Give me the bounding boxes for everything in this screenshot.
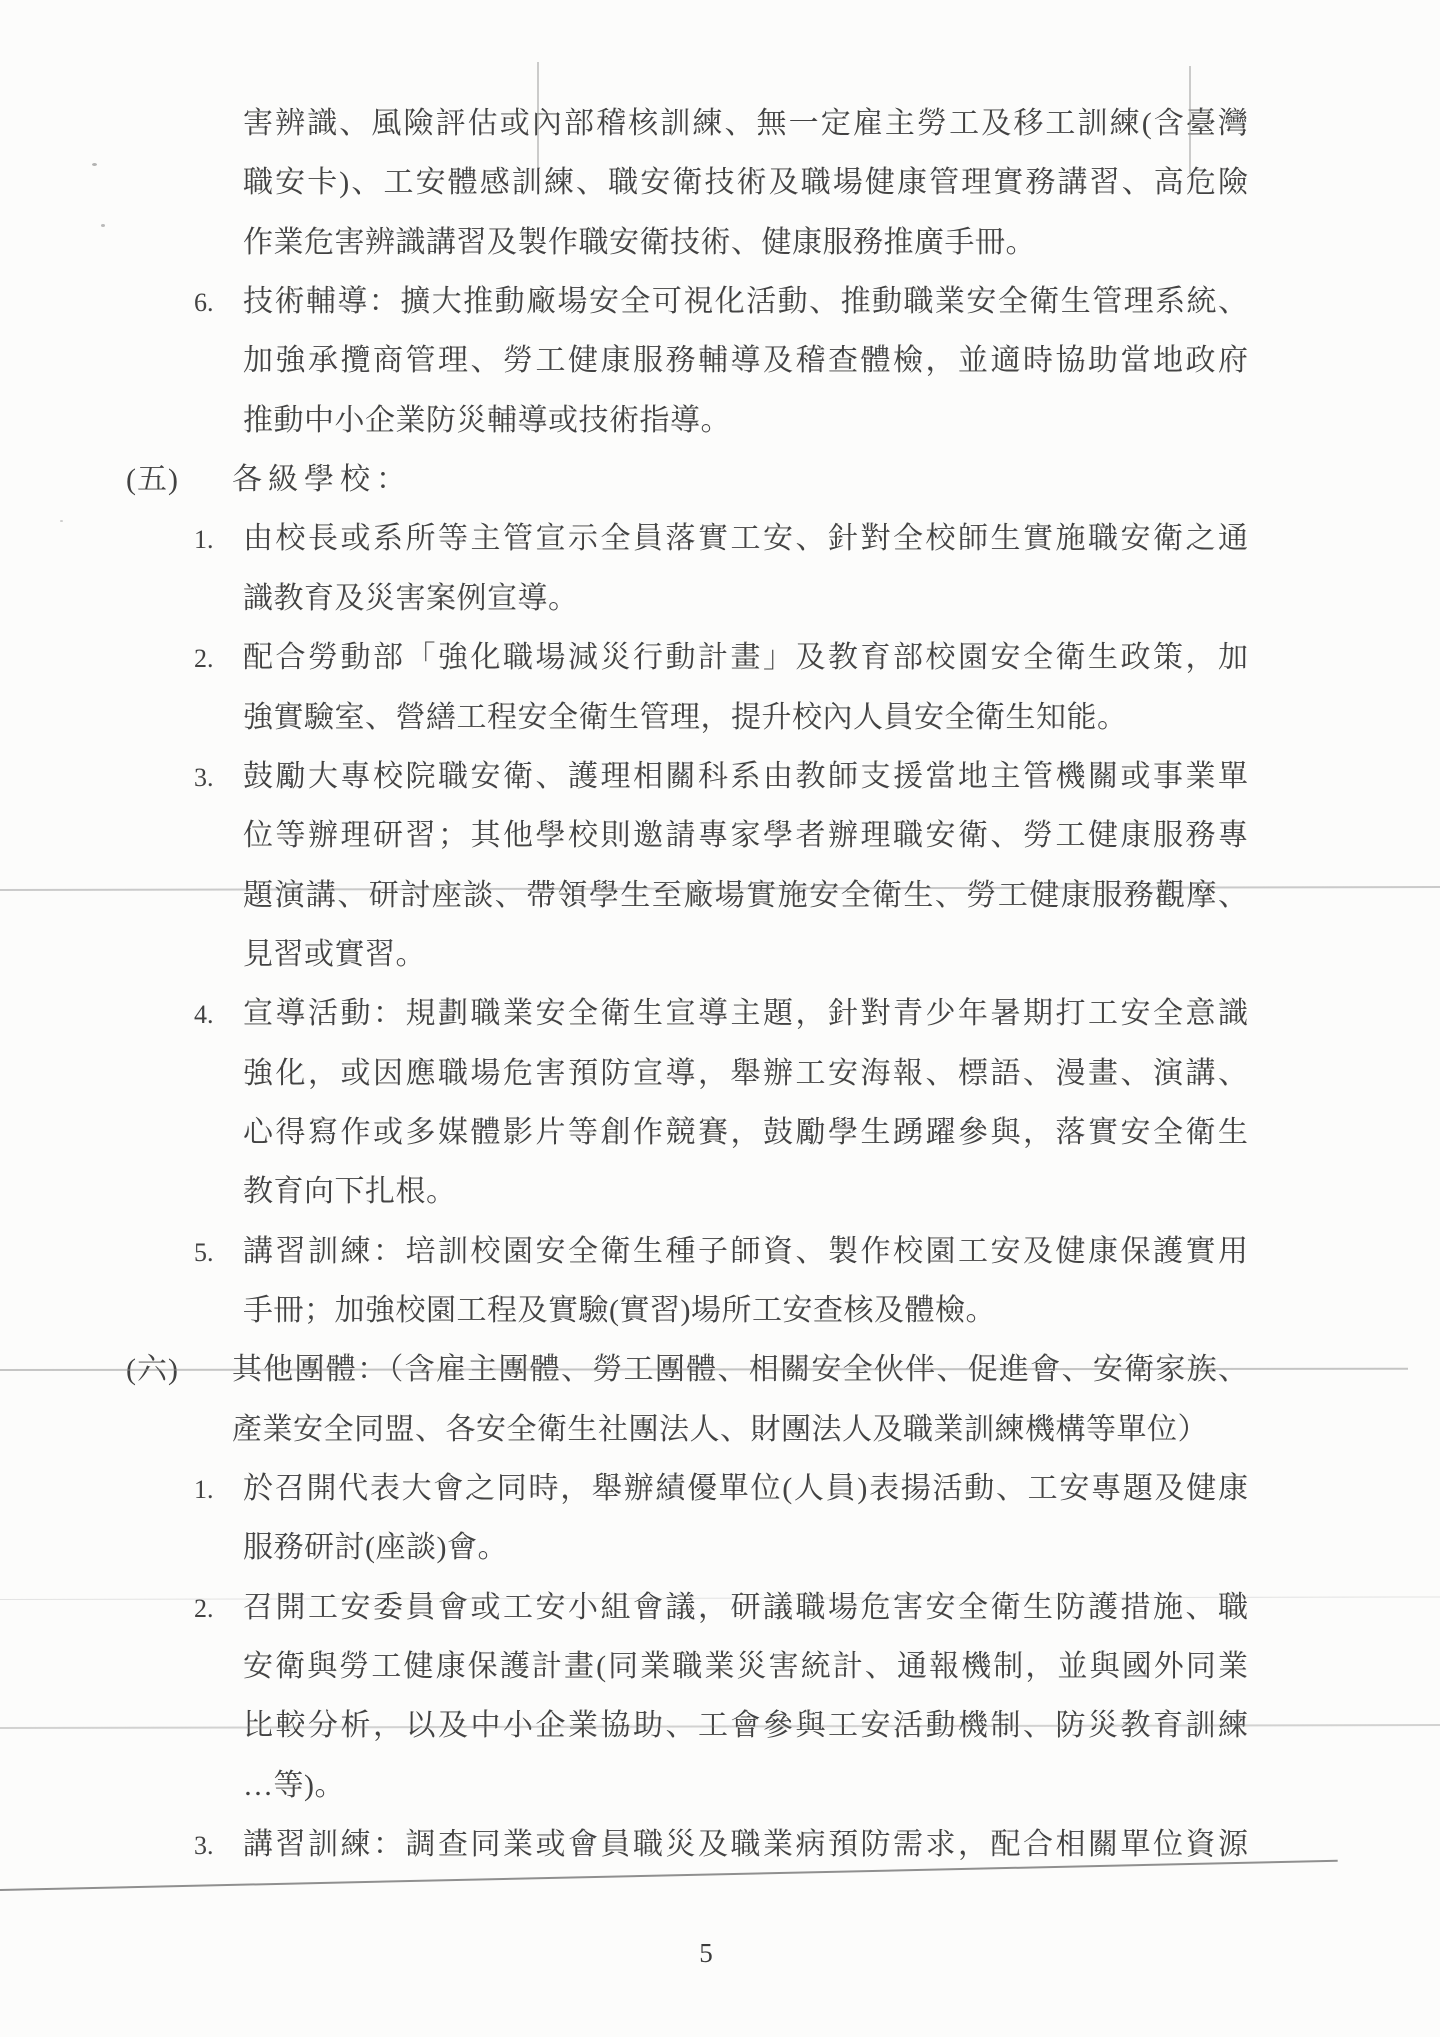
- text-line: 識教育及災害案例宣導。: [0, 578, 1440, 622]
- line-text: 強化，或因應職場危害預防宣導，舉辦工安海報、標語、漫畫、演講、: [243, 1053, 1248, 1095]
- scan-artifact-line: [1189, 66, 1191, 174]
- text-line: (六)其他團體：（含雇主團體、勞工團體、相關安全伙伴、促進會、安衛家族、: [0, 1349, 1440, 1393]
- line-text: 推動中小企業防災輔導或技術指導。: [243, 400, 731, 442]
- text-line: 3.鼓勵大專校院職安衛、護理相關科系由教師支援當地主管機關或事業單: [0, 756, 1440, 800]
- text-line: 1.由校長或系所等主管宣示全員落實工安、針對全校師生實施職安衛之通: [0, 518, 1440, 562]
- text-line: 5.講習訓練：培訓校園安全衛生種子師資、製作校園工安及健康保護實用: [0, 1231, 1440, 1275]
- line-text: 職安卡)、工安體感訓練、職安衛技術及職場健康管理實務講習、高危險: [243, 162, 1248, 204]
- line-text: 手冊；加強校園工程及實驗(實習)場所工安查核及體檢。: [243, 1290, 996, 1332]
- item-number: 2.: [194, 640, 214, 678]
- item-number: 6.: [194, 284, 214, 322]
- line-text: 強實驗室、營繕工程安全衛生管理，提升校內人員安全衛生知能。: [243, 697, 1128, 739]
- text-line: (五)各級學校：: [0, 459, 1440, 503]
- text-line: 加強承攬商管理、勞工健康服務輔導及稽查體檢，並適時協助當地政府: [0, 340, 1440, 384]
- line-text: 見習或實習。: [243, 934, 426, 976]
- line-text: 害辨識、風險評估或內部稽核訓練、無一定雇主勞工及移工訓練(含臺灣: [243, 103, 1248, 145]
- text-line: 職安卡)、工安體感訓練、職安衛技術及職場健康管理實務講習、高危險: [0, 162, 1440, 206]
- text-line: 害辨識、風險評估或內部稽核訓練、無一定雇主勞工及移工訓練(含臺灣: [0, 103, 1440, 147]
- section-label: (五): [126, 459, 179, 501]
- scan-speck: [101, 224, 105, 227]
- line-text: 講習訓練：調查同業或會員職災及職業病預防需求，配合相關單位資源: [243, 1824, 1248, 1866]
- line-text: 識教育及災害案例宣導。: [243, 578, 579, 620]
- text-line: 作業危害辨識講習及製作職安衛技術、健康服務推廣手冊。: [0, 222, 1440, 266]
- line-text: 召開工安委員會或工安小組會議，研議職場危害安全衛生防護措施、職: [243, 1587, 1248, 1629]
- line-text: 各級學校：: [232, 459, 412, 501]
- line-text: 位等辦理研習；其他學校則邀請專家學者辦理職安衛、勞工健康服務專: [243, 815, 1248, 857]
- line-text: 服務研討(座談)會。: [243, 1527, 508, 1569]
- text-line: 產業安全同盟、各安全衛生社團法人、財團法人及職業訓練機構等單位）: [0, 1409, 1440, 1453]
- text-line: 強實驗室、營繕工程安全衛生管理，提升校內人員安全衛生知能。: [0, 697, 1440, 741]
- item-number: 4.: [194, 996, 214, 1034]
- line-text: 作業危害辨識講習及製作職安衛技術、健康服務推廣手冊。: [243, 222, 1036, 264]
- text-line: …等)。: [0, 1765, 1440, 1809]
- line-text: 題演講、研討座談、帶領學生至廠場實施安全衛生、勞工健康服務觀摩、: [243, 875, 1248, 917]
- text-line: 4.宣導活動：規劃職業安全衛生宣導主題，針對青少年暑期打工安全意識: [0, 993, 1440, 1037]
- text-line: 推動中小企業防災輔導或技術指導。: [0, 400, 1440, 444]
- text-line: 1.於召開代表大會之同時，舉辦績優單位(人員)表揚活動、工安專題及健康: [0, 1468, 1440, 1512]
- text-line: 服務研討(座談)會。: [0, 1527, 1440, 1571]
- line-text: 技術輔導：擴大推動廠場安全可視化活動、推動職業安全衛生管理系統、: [243, 281, 1248, 323]
- item-number: 3.: [194, 1827, 214, 1865]
- line-text: 鼓勵大專校院職安衛、護理相關科系由教師支援當地主管機關或事業單: [243, 756, 1248, 798]
- line-text: 於召開代表大會之同時，舉辦績優單位(人員)表揚活動、工安專題及健康: [243, 1468, 1248, 1510]
- item-number: 5.: [194, 1234, 214, 1272]
- item-number: 3.: [194, 759, 214, 797]
- line-text: 教育向下扎根。: [243, 1171, 457, 1213]
- line-text: 由校長或系所等主管宣示全員落實工安、針對全校師生實施職安衛之通: [243, 518, 1248, 560]
- scan-speck: [60, 520, 63, 522]
- text-line: 教育向下扎根。: [0, 1171, 1440, 1215]
- item-number: 1.: [194, 521, 214, 559]
- text-line: 見習或實習。: [0, 934, 1440, 978]
- item-number: 2.: [194, 1590, 214, 1628]
- text-line: 手冊；加強校園工程及實驗(實習)場所工安查核及體檢。: [0, 1290, 1440, 1334]
- line-text: 產業安全同盟、各安全衛生社團法人、財團法人及職業訓練機構等單位）: [232, 1409, 1208, 1451]
- page-number: 5: [660, 1938, 752, 1969]
- line-text: 加強承攬商管理、勞工健康服務輔導及稽查體檢，並適時協助當地政府: [243, 340, 1248, 382]
- text-line: 2.配合勞動部「強化職場減災行動計畫」及教育部校園安全衛生政策，加: [0, 637, 1440, 681]
- scanned-page: 害辨識、風險評估或內部稽核訓練、無一定雇主勞工及移工訓練(含臺灣職安卡)、工安體…: [0, 0, 1440, 2037]
- scan-artifact-line: [537, 62, 539, 167]
- text-line: 強化，或因應職場危害預防宣導，舉辦工安海報、標語、漫畫、演講、: [0, 1053, 1440, 1097]
- line-text: 宣導活動：規劃職業安全衛生宣導主題，針對青少年暑期打工安全意識: [243, 993, 1248, 1035]
- text-line: 6.技術輔導：擴大推動廠場安全可視化活動、推動職業安全衛生管理系統、: [0, 281, 1440, 325]
- line-text: 配合勞動部「強化職場減災行動計畫」及教育部校園安全衛生政策，加: [243, 637, 1248, 679]
- text-line: 心得寫作或多媒體影片等創作競賽，鼓勵學生踴躍參與，落實安全衛生: [0, 1112, 1440, 1156]
- text-line: 題演講、研討座談、帶領學生至廠場實施安全衛生、勞工健康服務觀摩、: [0, 875, 1440, 919]
- line-text: …等)。: [243, 1765, 345, 1807]
- text-line: 位等辦理研習；其他學校則邀請專家學者辦理職安衛、勞工健康服務專: [0, 815, 1440, 859]
- scan-speck: [92, 163, 97, 166]
- line-text: 安衛與勞工健康保護計畫(同業職業災害統計、通報機制，並與國外同業: [243, 1646, 1248, 1688]
- item-number: 1.: [194, 1471, 214, 1509]
- line-text: 心得寫作或多媒體影片等創作競賽，鼓勵學生踴躍參與，落實安全衛生: [243, 1112, 1248, 1154]
- line-text: 講習訓練：培訓校園安全衛生種子師資、製作校園工安及健康保護實用: [243, 1231, 1248, 1273]
- text-line: 安衛與勞工健康保護計畫(同業職業災害統計、通報機制，並與國外同業: [0, 1646, 1440, 1690]
- text-line: 2.召開工安委員會或工安小組會議，研議職場危害安全衛生防護措施、職: [0, 1587, 1440, 1631]
